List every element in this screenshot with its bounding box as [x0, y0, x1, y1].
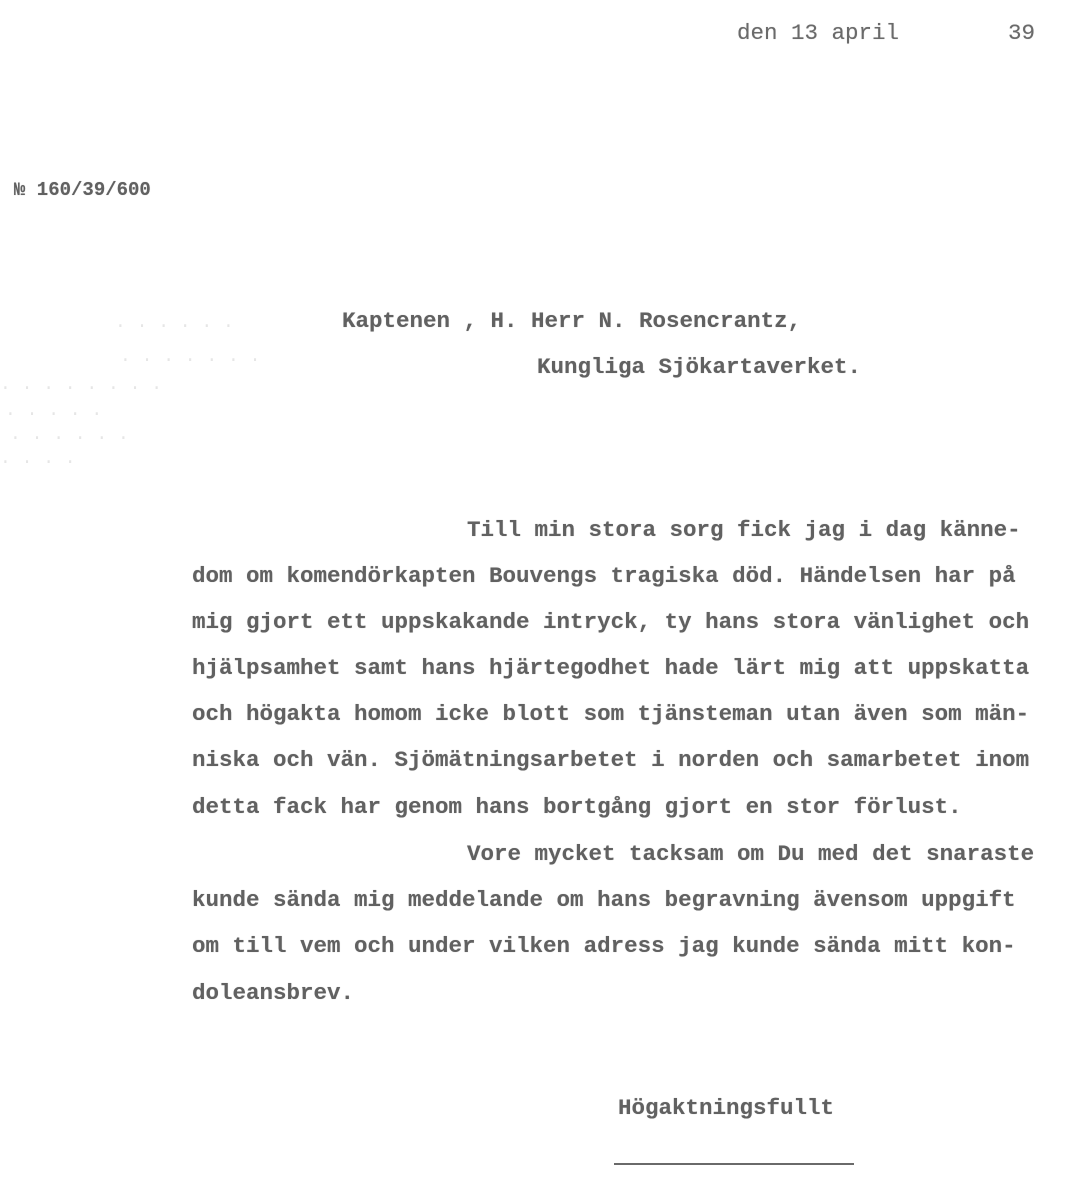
bleed-through-marks: . . . . . . .: [120, 348, 260, 366]
bleed-through-marks: . . . . .: [5, 402, 102, 420]
letter-page: · · · · · · . . . . . . . . . . . . . . …: [0, 0, 1078, 1189]
body-line: detta fack har genom hans bortgång gjort…: [192, 796, 962, 819]
body-line: Vore mycket tacksam om Du med det snaras…: [467, 843, 1034, 866]
body-line: och högakta homom icke blott som tjänste…: [192, 703, 1029, 726]
body-line: mig gjort ett uppskakande intryck, ty ha…: [192, 611, 1029, 634]
body-line: hjälpsamhet samt hans hjärtegodhet hade …: [192, 657, 1029, 680]
page-year: 39: [1008, 22, 1035, 45]
bleed-through-marks: . . . .: [0, 450, 76, 468]
body-line: dom om komendörkapten Bouvengs tragiska …: [192, 565, 1016, 588]
recipient-name: Kaptenen , H. Herr N. Rosencrantz,: [342, 310, 801, 333]
closing-salutation: Högaktningsfullt: [618, 1097, 834, 1120]
body-line: kunde sända mig meddelande om hans begra…: [192, 889, 1016, 912]
body-line: Till min stora sorg fick jag i dag känne…: [467, 519, 1021, 542]
reference-number: № 160/39/600: [14, 181, 151, 200]
body-line: niska och vän. Sjömätningsarbetet i nord…: [192, 749, 1029, 772]
signature-line: [614, 1163, 854, 1165]
bleed-through-marks: · · · · · ·: [115, 318, 234, 336]
body-line: doleansbrev.: [192, 982, 354, 1005]
bleed-through-marks: . . . . . .: [10, 426, 129, 444]
bleed-through-marks: . . . . . . . .: [0, 376, 162, 394]
body-line: om till vem och under vilken adress jag …: [192, 935, 1016, 958]
recipient-organization: Kungliga Sjökartaverket.: [537, 356, 861, 379]
letter-date: den 13 april: [737, 22, 899, 45]
